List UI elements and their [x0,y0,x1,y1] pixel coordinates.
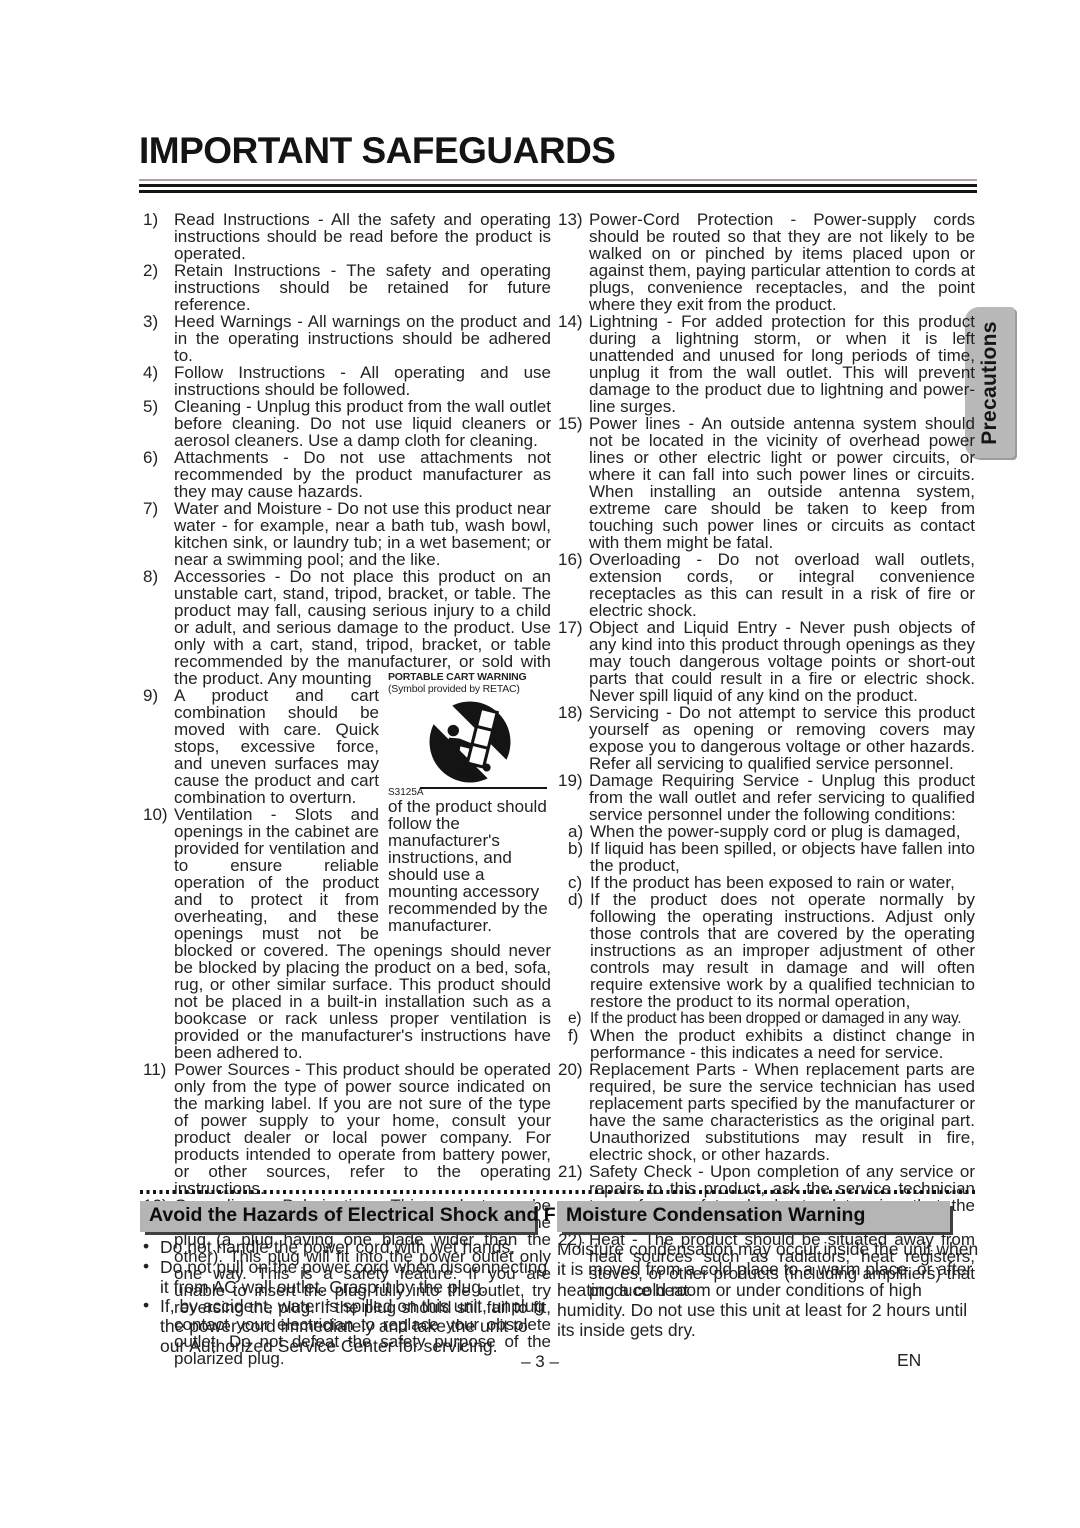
safeguard-subitem: f)When the product exhibits a distinct c… [558,1027,975,1061]
item-text: A product and cart combination should be… [174,686,379,807]
safeguard-item: 5)Cleaning - Unplug this product from th… [143,398,551,449]
item-number: 6) [143,449,158,466]
safeguard-item: 4)Follow Instructions - All operating an… [143,364,551,398]
item-number: 10) [143,806,168,823]
safeguard-subitem: a)When the power-supply cord or plug is … [558,823,975,840]
safeguard-item: 16)Overloading - Do not overload wall ou… [558,551,975,619]
item-text: Object and Liquid Entry - Never push obj… [589,618,975,705]
safeguard-item: 9)A product and cart combination should … [143,687,551,806]
item-text: Damage Requiring Service - Unplug this p… [589,771,975,824]
item-text: Attachments - Do not use attachments not… [174,448,551,501]
subitem-text: If the product has been dropped or damag… [590,1010,961,1027]
language-code: EN [897,1350,921,1371]
item-text: Accessories - Do not place this product … [174,567,551,688]
item-text: Replacement Parts - When replacement par… [589,1060,975,1164]
bullet-item: •If, by accident, water is spilled on th… [143,1297,550,1356]
item-text: Retain Instructions - The safety and ope… [174,261,551,314]
safeguard-item: 2)Retain Instructions - The safety and o… [143,262,551,313]
item-number: 16) [558,551,583,568]
item-text: Ventilation - Slots and openings in the … [174,805,551,1062]
item-text: Read Instructions - All the safety and o… [174,210,551,263]
item-number: 1) [143,211,158,228]
bullet-text: Do not handle the power cord with wet ha… [160,1237,515,1257]
safeguards-column-right: 13)Power-Cord Protection - Power-supply … [558,211,975,1299]
safeguard-subitem: c)If the product has been exposed to rai… [558,874,975,891]
item-number: 20) [558,1061,583,1078]
item-number: 7) [143,500,158,517]
moisture-warning-text: Moisture condensation may occur inside t… [557,1239,985,1340]
item-number: 4) [143,364,158,381]
item-number: 19) [558,772,583,789]
item-text: Power Sources - This product should be o… [174,1060,551,1198]
safeguard-item: 14)Lightning - For added protection for … [558,313,975,415]
section-header-moisture: Moisture Condensation Warning [557,1201,950,1232]
bullet-text: If, by accident, water is spilled on thi… [160,1296,544,1356]
bullet-item: •Do not handle the power cord with wet h… [143,1238,550,1258]
safeguard-item-damage-service: 19)Damage Requiring Service - Unplug thi… [558,772,975,823]
manual-page: IMPORTANT SAFEGUARDS Precautions 1)Read … [0,0,1080,1528]
safeguard-item: 15)Power lines - An outside antenna syst… [558,415,975,551]
title-rule [139,179,977,193]
safeguard-item: 20)Replacement Parts - When replacement … [558,1061,975,1163]
safeguard-item: 11)Power Sources - This product should b… [143,1061,551,1197]
cart-warning-title: PORTABLE CART WARNING [388,671,551,683]
subitem-label: d) [568,891,583,908]
item-text: Power lines - An outside antenna system … [589,414,975,552]
item-number: 14) [558,313,583,330]
precautions-tab-label: Precautions [978,321,1002,445]
subitem-label: c) [568,874,582,891]
subitem-label: f) [568,1027,578,1044]
dotted-divider [140,1190,976,1194]
bullet-marker: • [143,1237,149,1257]
safeguard-item: 17)Object and Liquid Entry - Never push … [558,619,975,704]
item-text: Lightning - For added protection for thi… [589,312,975,416]
item-number: 15) [558,415,583,432]
item-text: Cleaning - Unplug this product from the … [174,397,551,450]
title-rule-thin [139,179,977,181]
item-number: 2) [143,262,158,279]
item-number: 21) [558,1163,583,1180]
safeguard-item: 6)Attachments - Do not use attachments n… [143,449,551,500]
safeguard-item-accessories: 8)Accessories - Do not place this produc… [143,568,551,687]
subitem-label: a) [568,823,583,840]
item-text: Power-Cord Protection - Power-supply cor… [589,210,975,314]
item-text: Overloading - Do not overload wall outle… [589,550,975,620]
safeguard-item: 18)Servicing - Do not attempt to service… [558,704,975,772]
subitem-label: e) [568,1010,581,1027]
subitem-text: If the product does not operate normally… [590,890,975,1011]
bullet-marker: • [143,1296,149,1316]
safeguard-subitem: b)If liquid has been spilled, or objects… [558,840,975,874]
item-number: 13) [558,211,583,228]
item-text: Water and Moisture - Do not use this pro… [174,499,551,569]
safeguard-subitem: d)If the product does not operate normal… [558,891,975,1010]
safeguard-item: 1)Read Instructions - All the safety and… [143,211,551,262]
item-text: Servicing - Do not attempt to service th… [589,703,975,773]
bullet-marker: • [143,1257,149,1277]
item-text: Follow Instructions - All operating and … [174,363,551,399]
safeguard-item: 10)Ventilation - Slots and openings in t… [143,806,551,1061]
safeguards-column-left: 1)Read Instructions - All the safety and… [143,211,551,1367]
safeguard-item: 7)Water and Moisture - Do not use this p… [143,500,551,568]
item-number: 5) [143,398,158,415]
page-title: IMPORTANT SAFEGUARDS [139,130,615,172]
section-header-electrical-shock: Avoid the Hazards of Electrical Shock an… [140,1201,535,1232]
safeguard-item: 3)Heed Warnings - All warnings on the pr… [143,313,551,364]
subitem-label: b) [568,840,583,857]
bullet-text: Do not pull on the power cord when disco… [160,1257,547,1297]
item-text: Heed Warnings - All warnings on the prod… [174,312,551,365]
item-number: 3) [143,313,158,330]
bullet-item: •Do not pull on the power cord when disc… [143,1258,550,1298]
safeguard-subitem: e)If the product has been dropped or dam… [558,1010,975,1027]
subitem-text: If liquid has been spilled, or objects h… [590,839,975,875]
item-number: 8) [143,568,158,585]
title-rule-double [139,184,977,193]
item-number: 9) [143,687,158,704]
safeguard-item: 13)Power-Cord Protection - Power-supply … [558,211,975,313]
item-number: 18) [558,704,583,721]
item-number: 11) [143,1061,166,1078]
subitem-text: When the product exhibits a distinct cha… [590,1026,975,1062]
item-number: 17) [558,619,583,636]
shock-bullet-list: •Do not handle the power cord with wet h… [143,1238,550,1357]
